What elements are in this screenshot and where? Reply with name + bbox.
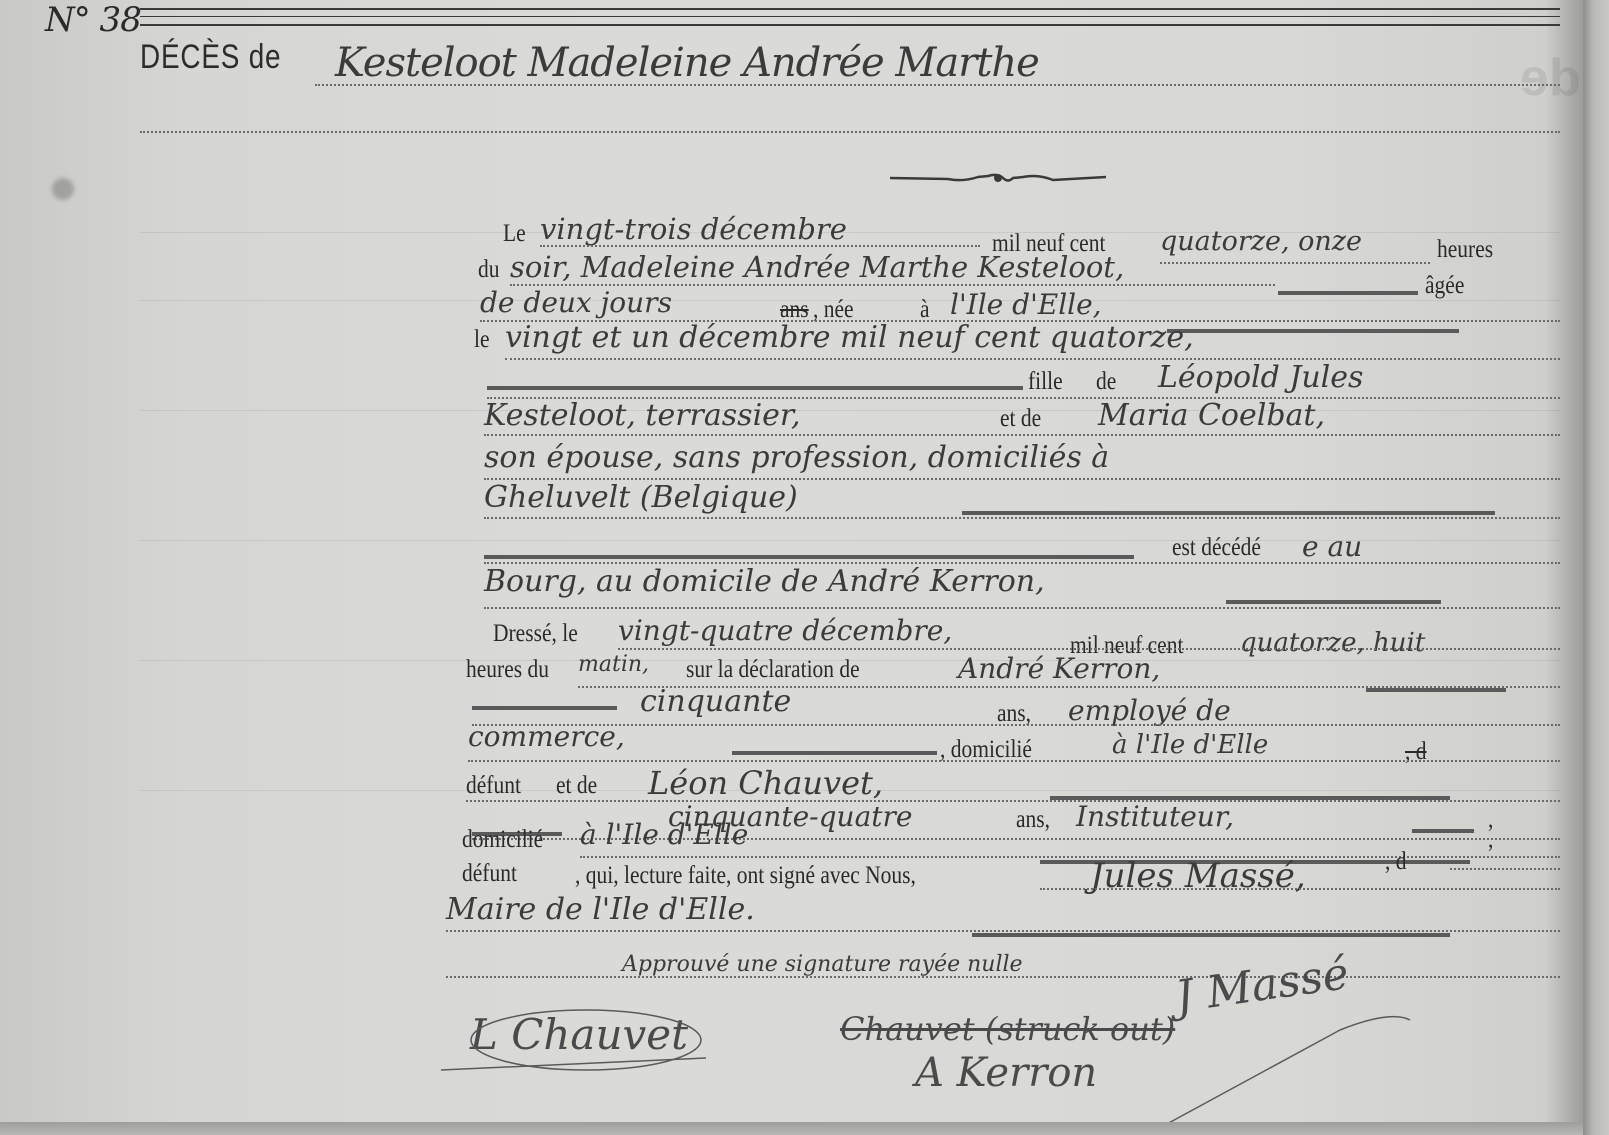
printed-text: défunt — [466, 772, 521, 800]
handwritten-declarant-2-occupation: Instituteur, — [1076, 800, 1234, 833]
struck-signature-chauvet: Chauvet (struck out) — [840, 1010, 1175, 1048]
printed-text: de — [1096, 368, 1116, 396]
handwritten-mother-name: Maria Coelbat, — [1098, 398, 1325, 433]
entry-number: N° 38 — [45, 0, 141, 40]
dotted-line — [540, 245, 980, 247]
dotted-line — [466, 800, 1560, 802]
body-line-17: domicilié — [462, 826, 556, 854]
printed-text: Dressé, le — [493, 620, 578, 648]
blank-line — [472, 706, 617, 710]
handwritten-father-name: Léopold Jules — [1158, 360, 1363, 395]
deceased-name-header: Kesteloot Madeleine Andrée Marthe — [335, 40, 1039, 86]
header-dotted-line — [140, 131, 1560, 133]
body-line-4: le — [474, 326, 492, 354]
printed-text: et de — [556, 772, 597, 800]
printed-text: heures — [1437, 236, 1493, 264]
dotted-line — [505, 358, 1560, 360]
blank-line — [972, 933, 1450, 937]
blank-line — [1167, 329, 1459, 333]
body-line-9: est décédé — [1172, 534, 1275, 562]
handwritten-declarant-1: André Kerron, — [958, 652, 1160, 685]
body-line-6: et de — [1000, 405, 1048, 433]
page-binding-edge — [1583, 0, 1609, 1135]
page-bottom-edge — [0, 1122, 1609, 1135]
printed-text: , d — [1385, 848, 1407, 876]
top-rule — [140, 8, 1560, 10]
body-line-2-end: âgée — [1425, 272, 1471, 300]
signature-a-kerron: A Kerron — [915, 1050, 1097, 1096]
handwritten-father-surname-occupation: Kesteloot, terrassier, — [484, 398, 801, 433]
blank-line — [732, 751, 937, 755]
body-line-18-end: , d — [1385, 848, 1410, 876]
handwritten-place-of-death: e au — [1302, 530, 1362, 563]
printed-text: est décédé — [1172, 534, 1261, 562]
printed-text: domicilié — [462, 826, 543, 854]
handwritten-mayor-name: Jules Massé, — [1090, 856, 1306, 896]
dotted-line — [484, 434, 1560, 436]
handwritten-death-location: Bourg, au domicile de André Kerron, — [484, 564, 1045, 599]
marginal-approval-note: Approuvé une signature rayée nulle — [622, 952, 1023, 977]
body-line-5b: de — [1096, 368, 1120, 396]
dotted-line — [1040, 888, 1560, 890]
handwritten-declarant-2: Léon Chauvet, — [648, 764, 883, 802]
handwritten-declarant-1-occupation: employé de — [1068, 694, 1231, 727]
handwritten-parents-residence: Gheluvelt (Belgique) — [484, 480, 798, 515]
handwritten-declarant-1-occupation-cont: commerce, — [468, 720, 625, 753]
blank-line — [1226, 600, 1441, 604]
header-dotted-line — [315, 84, 1560, 86]
top-rule — [140, 24, 1560, 26]
blank-line — [1366, 688, 1506, 692]
printed-text: et de — [1000, 405, 1041, 433]
dotted-line — [580, 856, 1560, 858]
dotted-line — [484, 607, 1560, 609]
printed-text: , qui, lecture faite, ont signé avec Nou… — [575, 862, 916, 890]
body-line-12: heures du — [466, 656, 563, 684]
body-line-18b: , qui, lecture faite, ont signé avec Nou… — [575, 862, 971, 890]
dotted-line — [468, 760, 1560, 762]
signature-stroke-icon — [1160, 1000, 1420, 1130]
signature-flourish-icon — [436, 1000, 716, 1080]
handwritten-age: de deux jours — [480, 286, 672, 319]
printed-text: sur la déclaration de — [686, 656, 860, 684]
blank-line — [1412, 829, 1474, 833]
dotted-line — [446, 930, 1560, 932]
handwritten-birthdate: vingt et un décembre mil neuf cent quato… — [505, 320, 1194, 355]
handwritten-mother-occupation-residence: son épouse, sans profession, domiciliés … — [484, 440, 1109, 475]
handwritten-mayor-title: Maire de l'Ile d'Elle. — [446, 892, 755, 927]
bleed-through-line — [140, 410, 1560, 411]
top-rule — [140, 16, 1560, 17]
blank-line — [1278, 291, 1418, 295]
printed-text: heures du — [466, 656, 549, 684]
handwritten-year-hour: quatorze, onze — [1160, 226, 1362, 257]
body-line-5: fille — [1028, 368, 1068, 396]
dotted-line — [1160, 262, 1430, 264]
body-line-1: Le — [503, 220, 529, 248]
printed-text: fille — [1028, 368, 1063, 396]
printed-text: défunt — [462, 860, 517, 888]
printed-text: âgée — [1425, 272, 1464, 300]
dotted-line — [618, 648, 1560, 650]
body-line-1-end: heures — [1437, 236, 1502, 264]
printed-text: le — [474, 326, 490, 354]
body-line-17-end: , — [1488, 826, 1494, 854]
body-line-12b: sur la déclaration de — [686, 656, 888, 684]
body-line-18: défunt — [462, 860, 526, 888]
body-line-2: du — [478, 256, 503, 284]
body-line-11: Dressé, le — [493, 620, 592, 648]
body-line-15b: et de — [556, 772, 604, 800]
ink-stain — [52, 178, 74, 200]
deces-label: DÉCÈS de — [140, 38, 281, 77]
handwritten-date: vingt-trois décembre — [540, 212, 847, 246]
printed-text: ans, — [1016, 806, 1050, 834]
body-line-16: ans, — [1016, 806, 1056, 834]
blank-line — [962, 511, 1495, 515]
blank-line — [484, 555, 1134, 559]
handwritten-time-of-day: matin, — [578, 652, 649, 677]
dotted-line — [484, 517, 1560, 519]
handwritten-record-year-hour: quatorze, huit — [1240, 628, 1425, 658]
handwritten-declarant-1-residence: à l'Ile d'Elle — [1112, 730, 1268, 760]
scanned-register-page: DÉCÈS de N° 38 DÉCÈS de Kesteloot Madele… — [0, 0, 1609, 1135]
printed-text: , — [1488, 826, 1493, 854]
handwritten-record-date: vingt-quatre décembre, — [618, 614, 952, 647]
blank-line — [487, 386, 1023, 390]
handwritten-deceased-name: soir, Madeleine Andrée Marthe Kesteloot, — [510, 250, 1124, 284]
printed-text: Le — [503, 220, 526, 248]
handwritten-declarant-2-residence: à l'Ile d'Elle — [580, 818, 748, 851]
printed-text: du — [478, 256, 500, 284]
dotted-line — [472, 724, 1560, 726]
ornament-divider-icon — [888, 171, 1108, 185]
handwritten-birthplace: l'Ile d'Elle, — [950, 288, 1102, 321]
handwritten-declarant-1-age: cinquante — [640, 684, 791, 719]
dotted-line — [446, 976, 1560, 978]
dotted-line — [1450, 868, 1560, 870]
body-line-15: défunt — [466, 772, 530, 800]
